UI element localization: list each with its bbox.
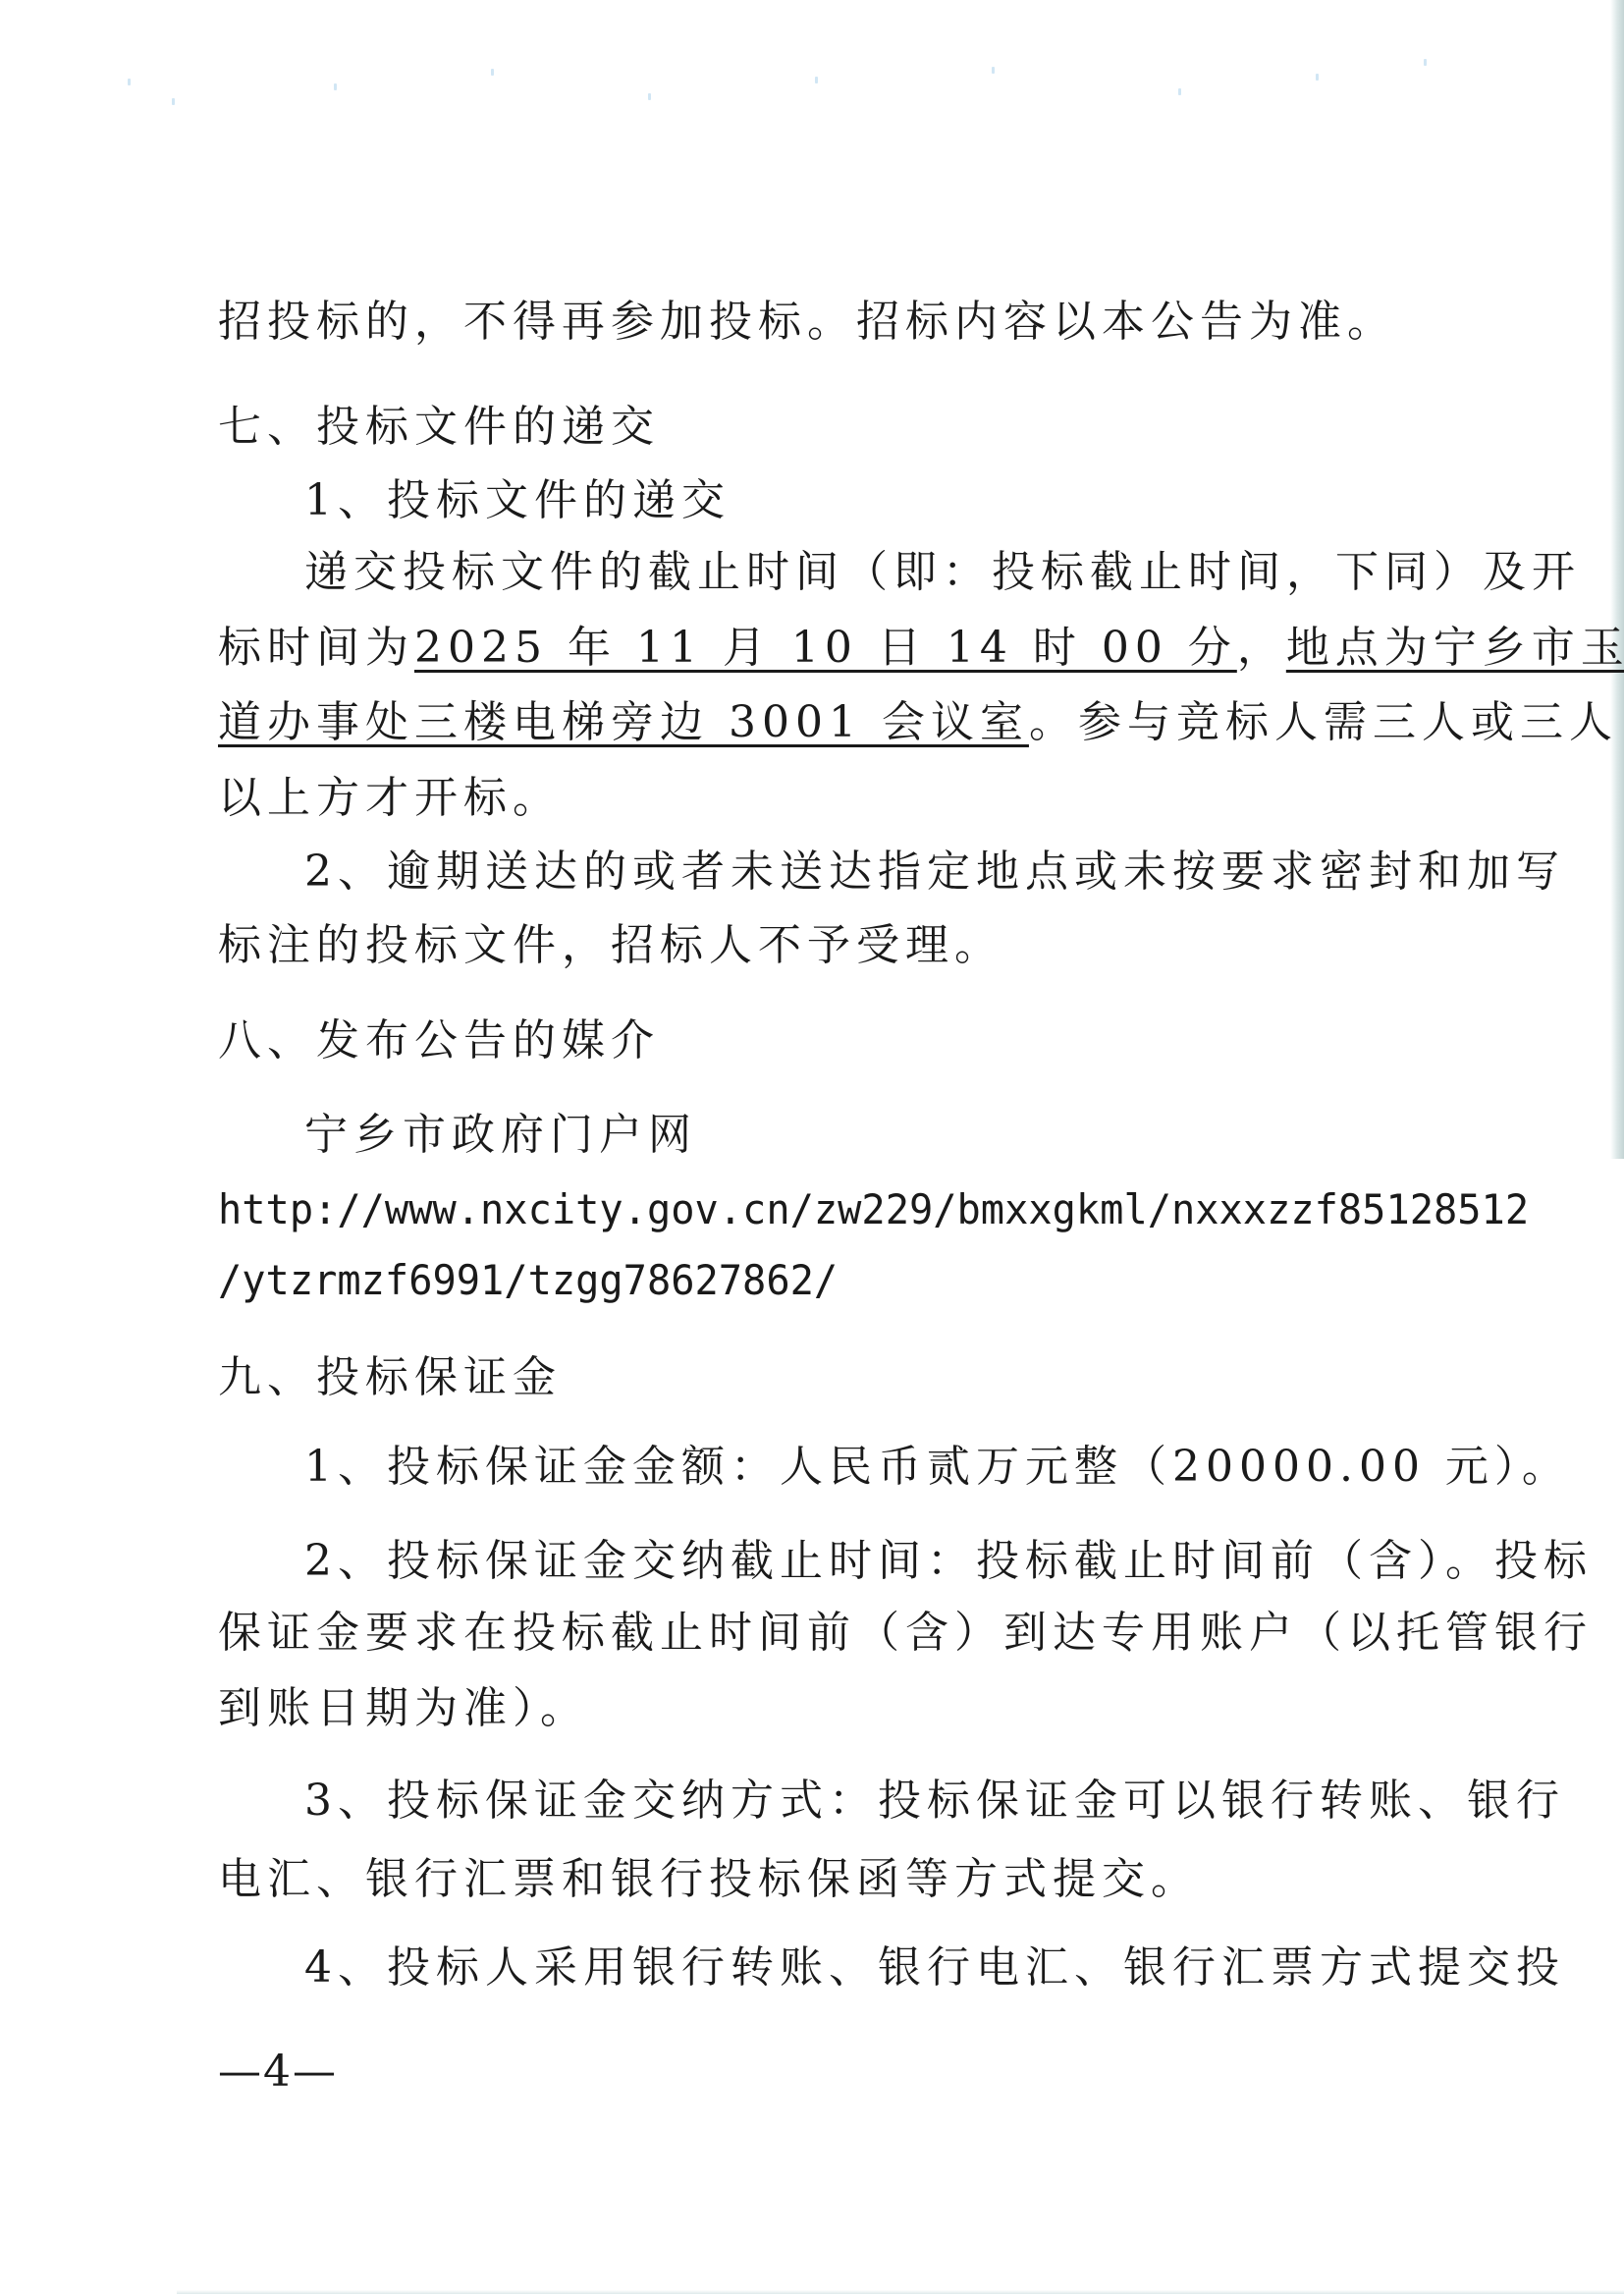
scan-edge-shadow (1610, 0, 1624, 1159)
paragraph-line: 递交投标文件的截止时间（即：投标截止时间，下同）及开 (304, 545, 1581, 600)
section-heading-deposit: 九、投标保证金 (218, 1350, 562, 1405)
paragraph-line: 到账日期为准）。 (218, 1681, 589, 1736)
paragraph-line: 2、投标保证金交纳截止时间：投标截止时间前（含）。投标 (304, 1534, 1593, 1589)
paragraph-line: 道办事处三楼电梯旁边 3001 会议室。参与竞标人需三人或三人 (218, 695, 1618, 750)
section-heading-submission: 七、投标文件的递交 (218, 400, 660, 455)
text-segment: 标时间为 (218, 623, 414, 673)
paragraph-line: 3、投标保证金交纳方式：投标保证金可以银行转账、银行 (304, 1774, 1565, 1829)
scan-speckle (172, 98, 175, 105)
scan-speckle (128, 79, 131, 85)
announcement-url[interactable]: http://www.nxcity.gov.cn/zw229/bmxxgkml/… (218, 1182, 1529, 1237)
scan-speckle (334, 83, 337, 90)
scan-speckle (992, 67, 995, 74)
subheading-submission: 1、投标文件的递交 (304, 473, 731, 528)
paragraph-line: 保证金要求在投标截止时间前（含）到达专用账户（以托管银行 (218, 1606, 1593, 1661)
paragraph-line: 1、投标保证金金额：人民币贰万元整（20000.00 元）。 (304, 1440, 1571, 1495)
paragraph-line: 2、逾期送达的或者未送达指定地点或未按要求密封和加写 (304, 845, 1565, 900)
media-name: 宁乡市政府门户网 (304, 1108, 697, 1163)
scan-speckle (1316, 74, 1319, 81)
venue-location-cont: 道办事处三楼电梯旁边 3001 会议室 (218, 697, 1029, 747)
scan-edge-shadow-bottom (177, 2290, 1624, 2294)
page-number: —4— (218, 2045, 338, 2100)
paragraph-line: 标时间为2025 年 11 月 10 日 14 时 00 分，地点为宁乡市玉潭街 (218, 621, 1624, 676)
scan-speckle (1424, 59, 1427, 66)
scan-speckle (491, 69, 494, 76)
paragraph-line: 以上方才开标。 (218, 771, 562, 826)
scan-speckle (648, 93, 651, 100)
announcement-url-cont[interactable]: /ytzrmzf6991/tzgg78627862/ (218, 1253, 838, 1308)
paragraph-line: 招投标的，不得再参加投标。招标内容以本公告为准。 (218, 295, 1396, 350)
text-segment: ， (1237, 623, 1286, 673)
deadline-datetime: 2025 年 11 月 10 日 14 时 00 分 (414, 623, 1237, 673)
paragraph-line: 电汇、银行汇票和银行投标保函等方式提交。 (218, 1852, 1200, 1907)
paragraph-line: 4、投标人采用银行转账、银行电汇、银行汇票方式提交投 (304, 1941, 1565, 1995)
text-segment: 。参与竞标人需三人或三人 (1029, 697, 1618, 747)
paragraph-line: 标注的投标文件，招标人不予受理。 (218, 918, 1003, 973)
scan-speckle (1178, 88, 1181, 95)
venue-location: 地点为宁乡市玉潭街 (1286, 623, 1624, 673)
scan-speckle (815, 77, 818, 83)
document-page: 招投标的，不得再参加投标。招标内容以本公告为准。 七、投标文件的递交 1、投标文… (0, 0, 1624, 2296)
section-heading-media: 八、发布公告的媒介 (218, 1013, 660, 1068)
